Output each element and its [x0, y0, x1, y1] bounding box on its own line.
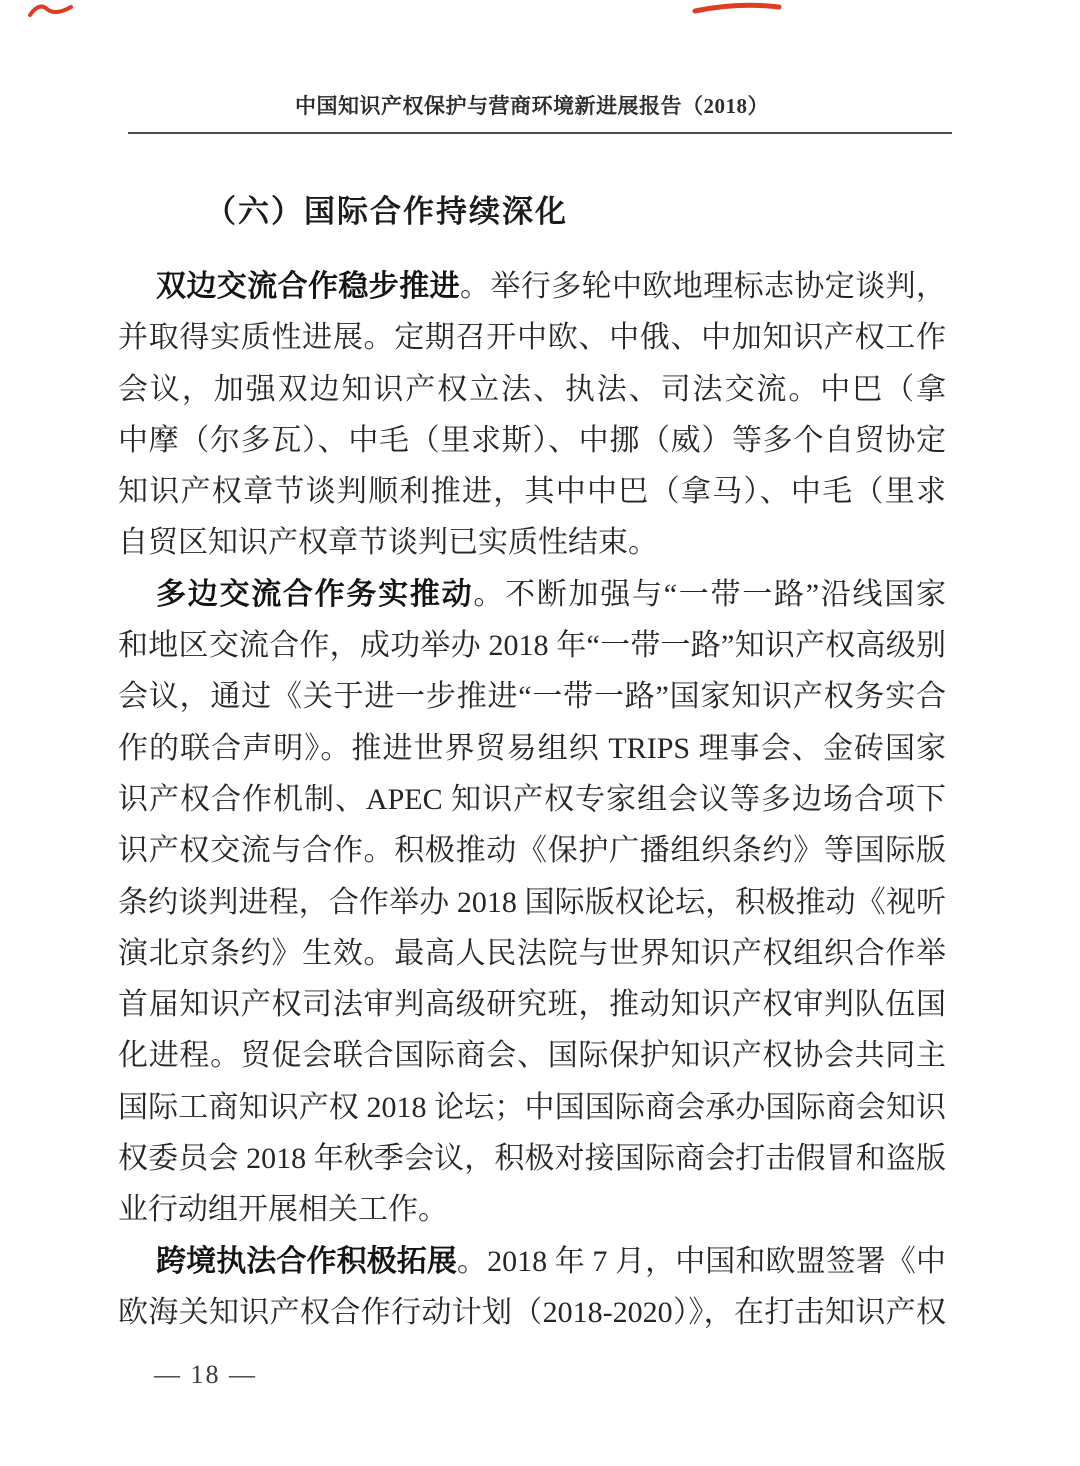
- text-line: 多边交流合作务实推动。不断加强与“一带一路”沿线国家: [118, 569, 946, 620]
- page-header-title: 中国知识产权保护与营商环境新进展报告（2018）: [118, 90, 946, 120]
- text-line: 并取得实质性进展。定期召开中欧、中俄、中加知识产权工作组: [118, 312, 946, 363]
- paragraph-lead: 双边交流合作稳步推进: [156, 270, 460, 303]
- text-line: 知识产权章节谈判顺利推进，其中中巴（拿马）、中毛（里求斯）: [118, 466, 946, 517]
- paragraph: 双边交流合作稳步推进。举行多轮中欧地理标志协定谈判，并取得实质性进展。定期召开中…: [118, 261, 946, 569]
- page-number: — 18 —: [154, 1360, 257, 1390]
- paragraph: 多边交流合作务实推动。不断加强与“一带一路”沿线国家和地区交流合作，成功举办 2…: [118, 569, 946, 1236]
- paragraph-lead: 跨境执法合作积极拓展: [156, 1245, 457, 1278]
- section-heading: （六）国际合作持续深化: [205, 186, 568, 231]
- text-line: 会议，通过《关于进一步推进“一带一路”国家知识产权务实合: [118, 671, 946, 722]
- text-line: 和地区交流合作，成功举办 2018 年“一带一路”知识产权高级别: [118, 620, 946, 671]
- text-line: 权委员会 2018 年秋季会议，积极对接国际商会打击假冒和盗版商: [118, 1133, 946, 1184]
- header-divider-line: [128, 132, 952, 134]
- document-body: 双边交流合作稳步推进。举行多轮中欧地理标志协定谈判，并取得实质性进展。定期召开中…: [118, 261, 946, 1338]
- text-line: 业行动组开展相关工作。: [118, 1184, 946, 1235]
- red-pen-mark-icon: [26, 0, 76, 24]
- text-line: 自贸区知识产权章节谈判已实质性结束。: [118, 517, 946, 568]
- text-line: 作的联合声明》。推进世界贸易组织 TRIPS 理事会、金砖国家知: [118, 723, 946, 774]
- text-line: 双边交流合作稳步推进。举行多轮中欧地理标志协定谈判，: [118, 261, 946, 312]
- text-line: 条约谈判进程，合作举办 2018 国际版权论坛，积极推动《视听表: [118, 877, 946, 928]
- paragraph-lead: 多边交流合作务实推动: [156, 578, 473, 611]
- text-line: 中摩（尔多瓦）、中毛（里求斯）、中挪（威）等多个自贸协定: [118, 415, 946, 466]
- text-line: 化进程。贸促会联合国际商会、国际保护知识产权协会共同主办: [118, 1030, 946, 1081]
- text-line: 会议，加强双边知识产权立法、执法、司法交流。中巴（拿马）、: [118, 364, 946, 415]
- paragraph: 跨境执法合作积极拓展。2018 年 7 月，中国和欧盟签署《中欧海关知识产权合作…: [118, 1236, 946, 1339]
- text-line: 演北京条约》生效。最高人民法院与世界知识产权组织合作举办: [118, 928, 946, 979]
- text-line: 识产权合作机制、APEC 知识产权专家组会议等多边场合项下的知: [118, 774, 946, 825]
- text-line: 首届知识产权司法审判高级研究班，推动知识产权审判队伍国际: [118, 979, 946, 1030]
- text-line: 国际工商知识产权 2018 论坛；中国国际商会承办国际商会知识产: [118, 1082, 946, 1133]
- red-pen-mark-icon: [692, 0, 782, 16]
- text-line: 跨境执法合作积极拓展。2018 年 7 月，中国和欧盟签署《中: [118, 1236, 946, 1287]
- text-line: 识产权交流与合作。积极推动《保护广播组织条约》等国际版权: [118, 825, 946, 876]
- text-line: 欧海关知识产权合作行动计划（2018-2020）》，在打击知识产权: [118, 1287, 946, 1338]
